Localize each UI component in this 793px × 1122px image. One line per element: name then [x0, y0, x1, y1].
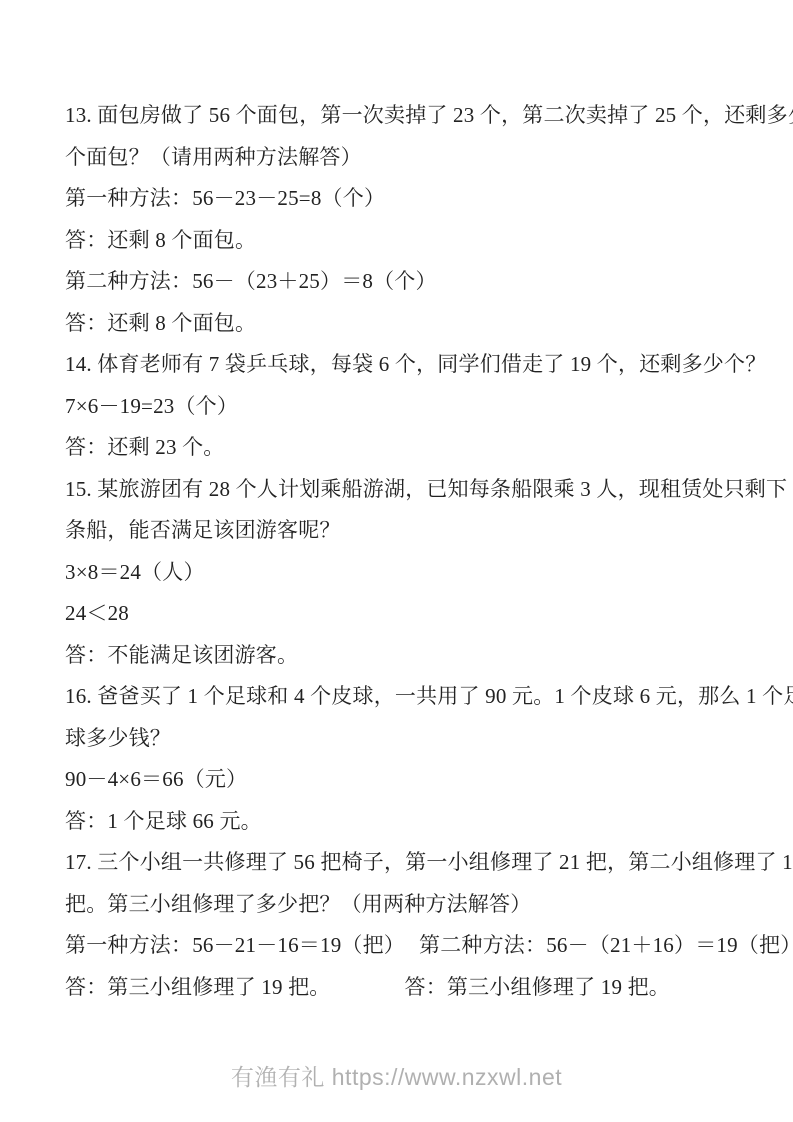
- problem-17-statement-line-1: 17. 三个小组一共修理了 56 把椅子，第一小组修理了 21 把，第二小组修理…: [65, 842, 737, 884]
- problem-15-statement-line-2: 条船，能否满足该团游客呢？: [65, 510, 737, 552]
- problem-15-statement-line-1: 15. 某旅游团有 28 个人计划乘船游湖，已知每条船限乘 3 人，现租赁处只剩…: [65, 469, 737, 511]
- problem-13-method-2: 第二种方法：56－（23＋25）＝8（个）: [65, 261, 737, 303]
- problem-16-statement-line-2: 球多少钱？: [65, 718, 737, 760]
- problem-13-answer-1: 答：还剩 8 个面包。: [65, 220, 737, 262]
- problem-16: 16. 爸爸买了 1 个足球和 4 个皮球，一共用了 90 元。1 个皮球 6 …: [65, 676, 737, 842]
- worksheet-page: 13. 面包房做了 56 个面包，第一次卖掉了 23 个，第二次卖掉了 25 个…: [0, 0, 793, 1122]
- problem-15-equation: 3×8＝24（人）: [65, 552, 737, 594]
- problem-17-method-2: 第二种方法：56－（21＋16）＝19（把）: [419, 925, 793, 967]
- worksheet-content: 13. 面包房做了 56 个面包，第一次卖掉了 23 个，第二次卖掉了 25 个…: [65, 95, 737, 1008]
- problem-13-answer-2: 答：还剩 8 个面包。: [65, 303, 737, 345]
- problem-16-equation: 90－4×6＝66（元）: [65, 759, 737, 801]
- problem-17-answer-2: 答：第三小组修理了 19 把。: [405, 967, 671, 1009]
- problem-14: 14. 体育老师有 7 袋乒乓球，每袋 6 个，同学们借走了 19 个，还剩多少…: [65, 344, 737, 469]
- problem-13: 13. 面包房做了 56 个面包，第一次卖掉了 23 个，第二次卖掉了 25 个…: [65, 95, 737, 344]
- problem-15-answer: 答：不能满足该团游客。: [65, 635, 737, 677]
- problem-13-method-1: 第一种方法：56－23－25=8（个）: [65, 178, 737, 220]
- problem-16-answer: 答：1 个足球 66 元。: [65, 801, 737, 843]
- problem-17-method-1: 第一种方法：56－21－16＝19（把）: [65, 925, 405, 967]
- problem-16-statement-line-1: 16. 爸爸买了 1 个足球和 4 个皮球，一共用了 90 元。1 个皮球 6 …: [65, 676, 737, 718]
- problem-17-statement-line-2: 把。第三小组修理了多少把？（用两种方法解答）: [65, 884, 737, 926]
- problem-17-answer-1: 答：第三小组修理了 19 把。: [65, 967, 331, 1009]
- watermark-footer: 有渔有礼 https://www.nzxwl.net: [0, 1060, 793, 1094]
- problem-17-answers-row: 答：第三小组修理了 19 把。 答：第三小组修理了 19 把。: [65, 967, 737, 1009]
- problem-14-equation: 7×6－19=23（个）: [65, 386, 737, 428]
- problem-14-statement: 14. 体育老师有 7 袋乒乓球，每袋 6 个，同学们借走了 19 个，还剩多少…: [65, 344, 737, 386]
- problem-13-statement-line-1: 13. 面包房做了 56 个面包，第一次卖掉了 23 个，第二次卖掉了 25 个…: [65, 95, 737, 137]
- problem-17-methods-row: 第一种方法：56－21－16＝19（把） 第二种方法：56－（21＋16）＝19…: [65, 925, 737, 967]
- problem-13-statement-line-2: 个面包？（请用两种方法解答）: [65, 137, 737, 179]
- problem-14-answer: 答：还剩 23 个。: [65, 427, 737, 469]
- problem-15-comparison: 24＜28: [65, 593, 737, 635]
- problem-15: 15. 某旅游团有 28 个人计划乘船游湖，已知每条船限乘 3 人，现租赁处只剩…: [65, 469, 737, 677]
- problem-17: 17. 三个小组一共修理了 56 把椅子，第一小组修理了 21 把，第二小组修理…: [65, 842, 737, 1008]
